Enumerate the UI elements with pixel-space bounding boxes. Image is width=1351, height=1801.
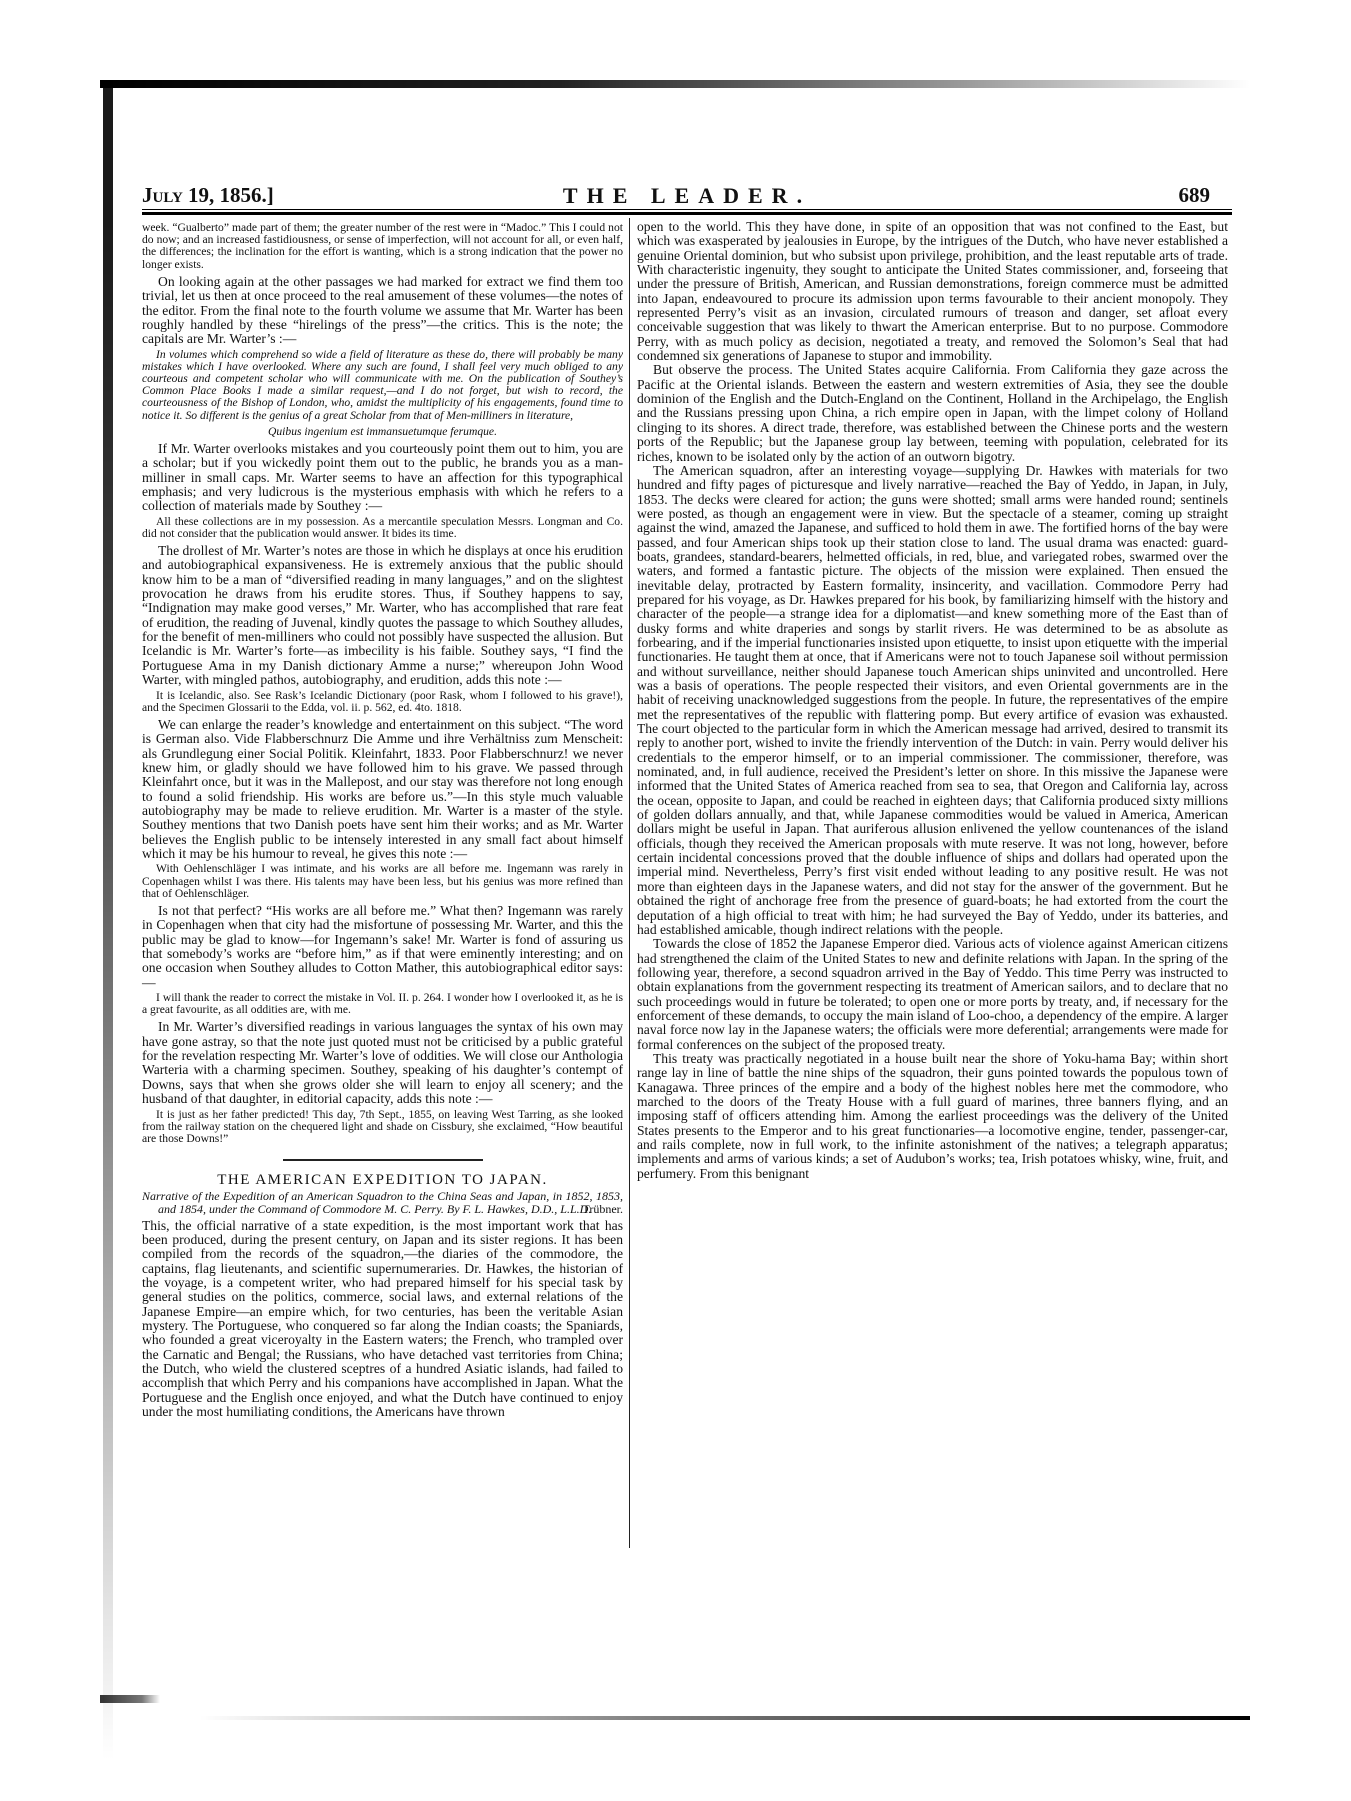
book-reference: Narrative of the Expedition of an Americ…	[142, 1190, 623, 1215]
book-reference-text: Narrative of the Expedition of an Americ…	[142, 1189, 623, 1216]
paragraph: But observe the process. The United Stat…	[637, 363, 1228, 463]
paragraph: The drollest of Mr. Warter’s notes are t…	[142, 544, 623, 687]
paragraph: Towards the close of 1852 the Japanese E…	[637, 937, 1228, 1052]
column-divider	[629, 218, 630, 1548]
paragraph: This treaty was practically negotiated i…	[637, 1052, 1228, 1181]
scan-edge-left	[103, 80, 113, 1760]
left-column: week. “Gualberto” made part of them; the…	[142, 220, 623, 1419]
paragraph: On looking again at the other passages w…	[142, 275, 623, 347]
block-quote: In volumes which comprehend so wide a fi…	[142, 349, 623, 422]
paragraph: Is not that perfect? “His works are all …	[142, 904, 623, 990]
latin-quote: Quibus ingenium est immansuetumque ferum…	[142, 426, 623, 438]
paragraph: If Mr. Warter overlooks mistakes and you…	[142, 442, 623, 514]
scan-edge-top	[100, 80, 1250, 88]
paragraph: We can enlarge the reader’s knowledge an…	[142, 718, 623, 861]
publisher: Trübner.	[598, 1203, 623, 1216]
block-quote: It is just as her father predicted! This…	[142, 1109, 623, 1146]
publication-title: THE LEADER.	[142, 183, 1232, 209]
block-quote: I will thank the reader to correct the m…	[142, 992, 623, 1016]
right-column: open to the world. This they have done, …	[637, 220, 1228, 1181]
section-divider	[283, 1159, 483, 1161]
block-quote: All these collections are in my possessi…	[142, 516, 623, 540]
scan-edge-bottom	[200, 1716, 1250, 1720]
paragraph: open to the world. This they have done, …	[637, 220, 1228, 363]
block-quote: With Oehlenschläger I was intimate, and …	[142, 863, 623, 900]
article-title: THE AMERICAN EXPEDITION TO JAPAN.	[142, 1173, 623, 1187]
paragraph: In Mr. Warter’s diversified readings in …	[142, 1020, 623, 1106]
quote-continuation: week. “Gualberto” made part of them; the…	[142, 222, 623, 271]
header-rule-thin	[142, 209, 1232, 210]
page-number: 689	[1179, 183, 1211, 208]
block-quote: It is Icelandic, also. See Rask’s Icelan…	[142, 690, 623, 714]
paragraph: The American squadron, after an interest…	[637, 464, 1228, 937]
paragraph: This, the official narrative of a state …	[142, 1219, 623, 1420]
header-rule-thick	[142, 212, 1232, 215]
scan-smudge	[100, 1695, 160, 1703]
